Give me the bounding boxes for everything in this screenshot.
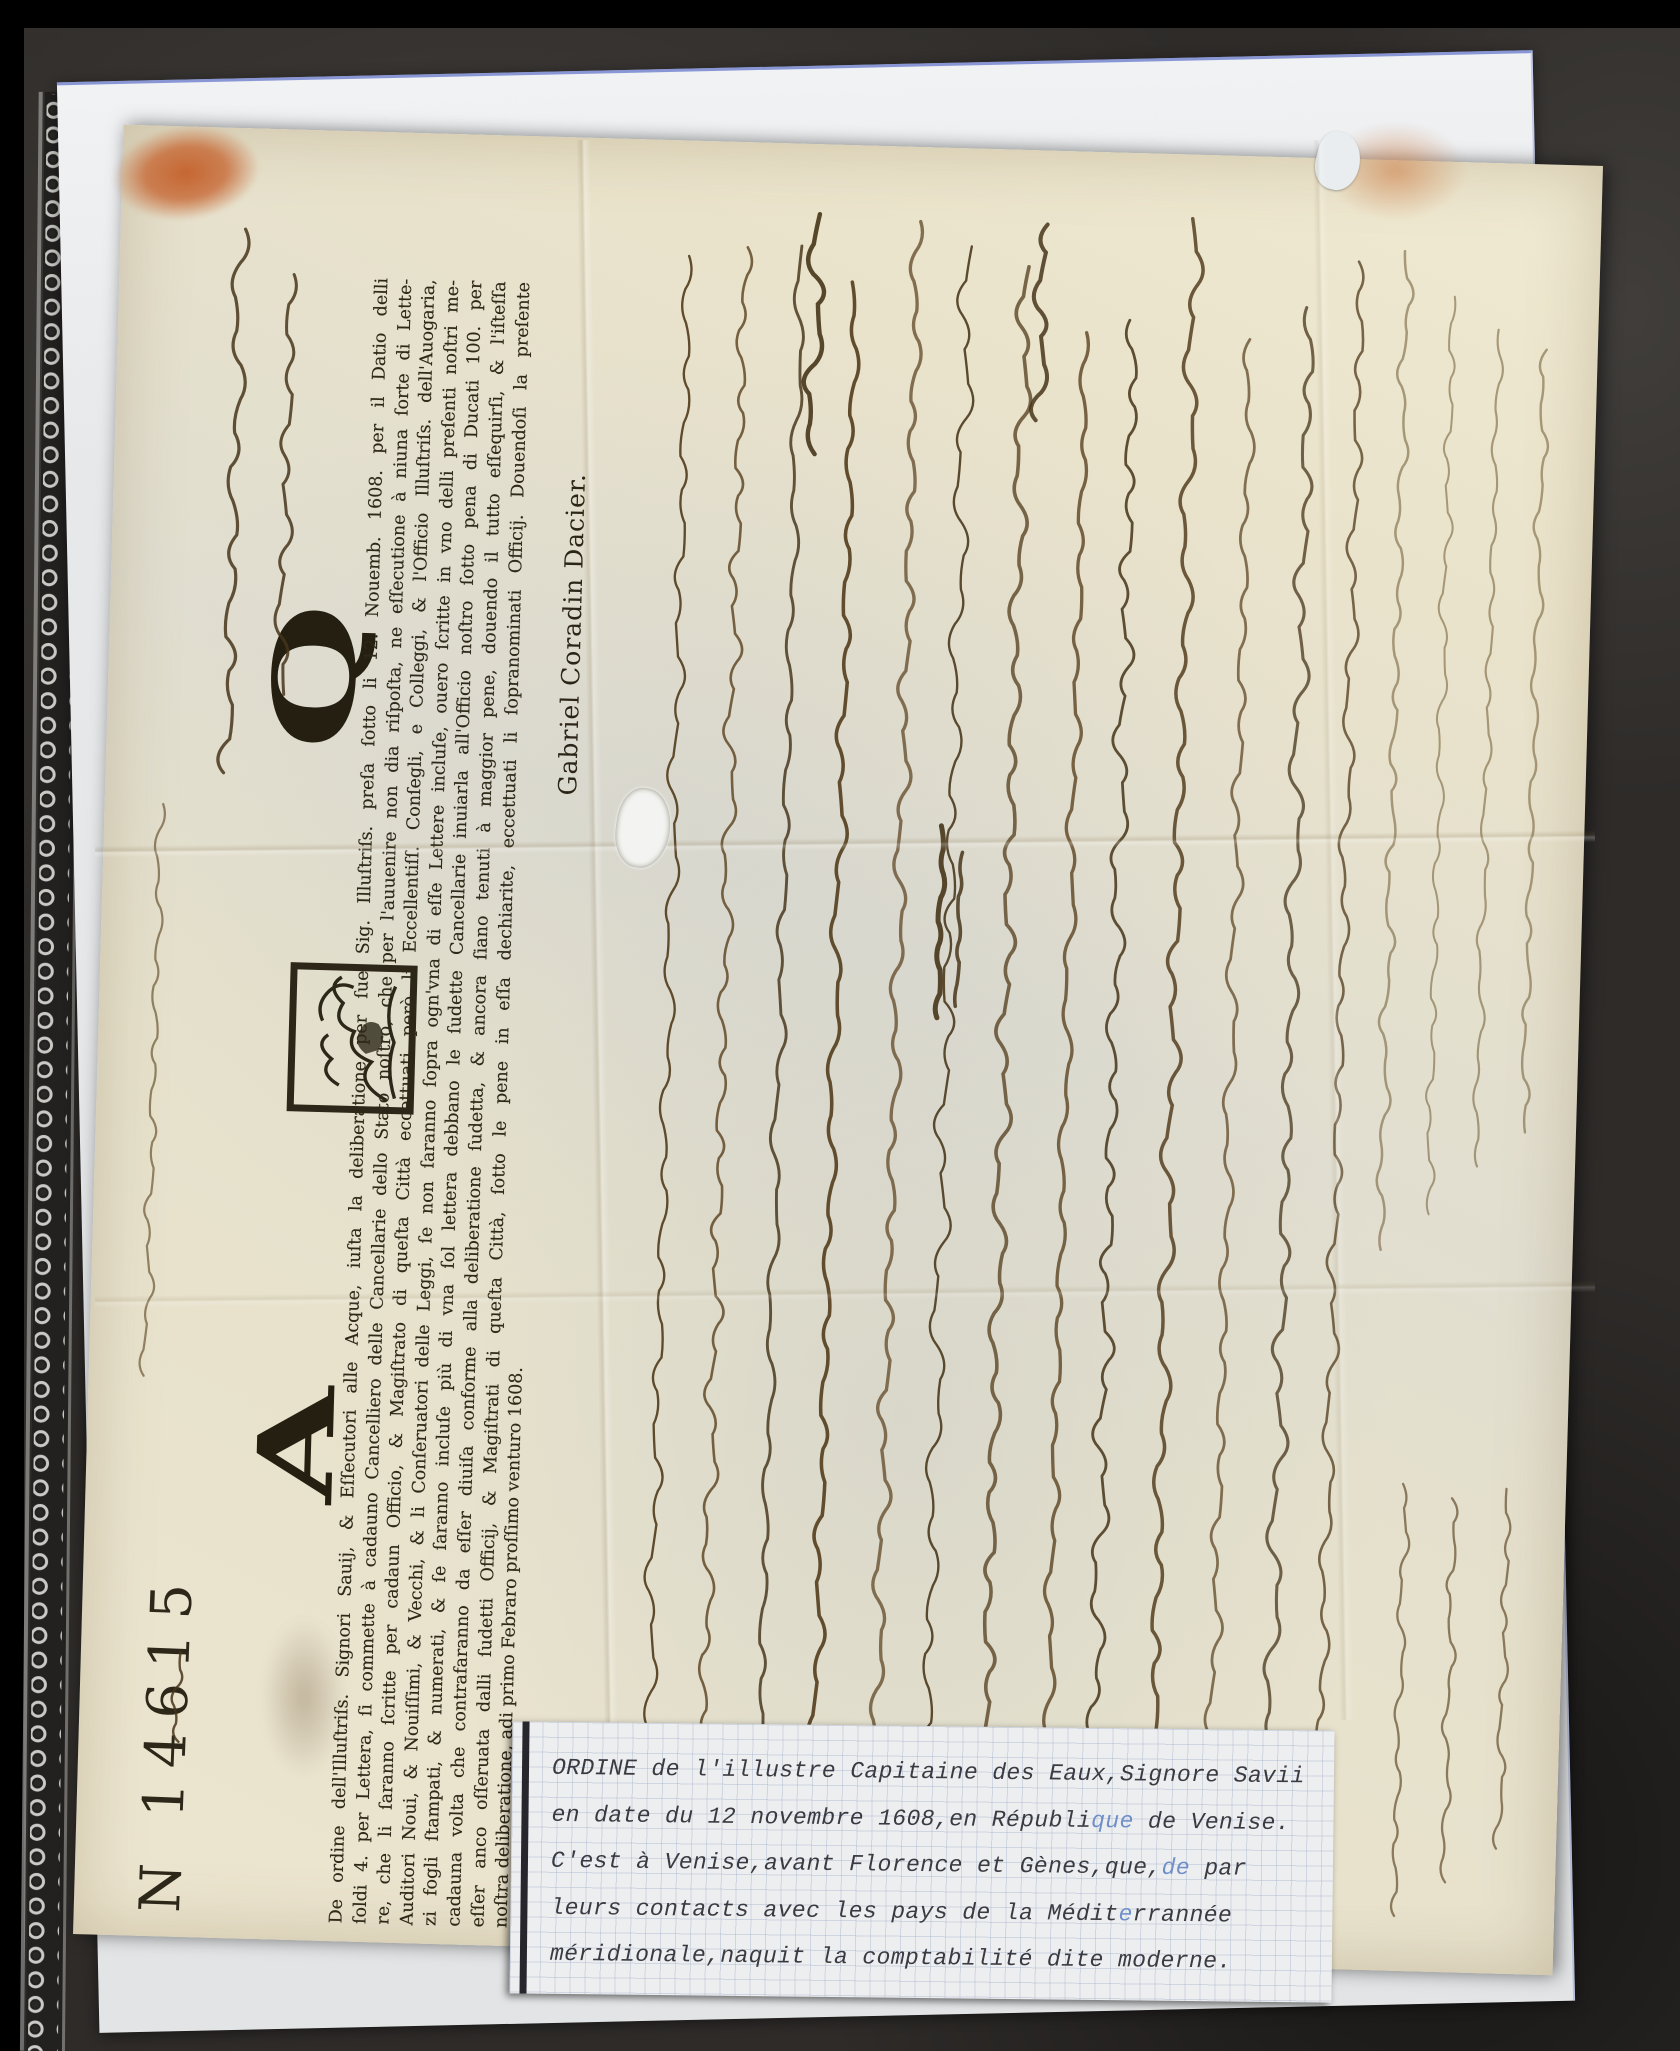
caption-left-rule [519, 1721, 529, 1993]
handwriting-stroke [218, 229, 250, 773]
caption-segment: rrannée [1133, 1901, 1233, 1928]
handwriting-stroke [139, 804, 167, 1376]
handwriting-stroke [1201, 339, 1258, 1858]
handwriting-stroke [170, 1652, 182, 1742]
caption-line: C'est à Venise,avant Florence et Gènes,q… [551, 1838, 1327, 1893]
handwriting-stroke [1079, 320, 1143, 1910]
handwriting-stroke [1257, 307, 1319, 1872]
caption-line: ORDINE de l'illustre Capitaine des Eaux,… [552, 1745, 1328, 1800]
handwriting-stroke [1140, 219, 1205, 1894]
handwriting-stroke [864, 221, 927, 1899]
caption-segment: que [1091, 1807, 1134, 1833]
handwriting-stroke [748, 246, 808, 1924]
handwriting-stroke [692, 247, 754, 1848]
handwriting-stroke [635, 256, 697, 1925]
handwriting-stroke [1438, 1498, 1460, 1882]
handwriting-stroke [972, 266, 1036, 1881]
caption-segment: e [1118, 1901, 1132, 1927]
handwriting-stroke [1035, 333, 1092, 1923]
caption-segment: de [1162, 1855, 1191, 1881]
handwriting-stroke [1389, 1484, 1411, 1916]
handwriting-stroke [804, 282, 863, 1882]
handwriting-stroke [273, 274, 300, 694]
caption-segment: de Venise. [1134, 1808, 1291, 1836]
handwriting-stroke [1308, 262, 1369, 1929]
caption-segment: méridionale,naquit la comptabilité dite … [550, 1941, 1232, 1975]
handwriting-stroke [955, 852, 963, 1006]
typed-caption-label: ORDINE de l'illustre Capitaine des Eaux,… [509, 1721, 1334, 2002]
handwriting-stroke [802, 214, 826, 454]
handwriting-stroke [913, 246, 978, 1894]
caption-segment: en date du 12 novembre 1608,en Républi [551, 1801, 1091, 1833]
label-lines: ORDINE de l'illustre Capitaine des Eaux,… [550, 1745, 1329, 1986]
album-photo: N 14615 A Q De ordine dell'Illuſtriſs. S… [0, 0, 1680, 2051]
caption-segment: ORDINE de l'illustre Capitaine des Eaux,… [552, 1755, 1305, 1790]
caption-segment: par [1190, 1855, 1247, 1882]
historical-document: N 14615 A Q De ordine dell'Illuſtriſs. S… [73, 125, 1603, 1976]
caption-segment: leurs contacts avec les pays de la Médit [550, 1894, 1118, 1926]
caption-line: méridionale,naquit la comptabilité dite … [550, 1931, 1326, 1986]
caption-segment: C'est à Venise,avant Florence et Gènes,q… [551, 1848, 1162, 1881]
handwriting-stroke [1493, 1489, 1513, 1849]
handwriting-stroke [1030, 224, 1051, 420]
handwriting-stroke [1422, 296, 1459, 1214]
handwriting-stroke [1470, 330, 1504, 1167]
handwriting-strokes [73, 125, 1603, 1976]
handwriting-stroke [1373, 251, 1415, 1250]
handwriting-stroke [1517, 350, 1551, 1133]
